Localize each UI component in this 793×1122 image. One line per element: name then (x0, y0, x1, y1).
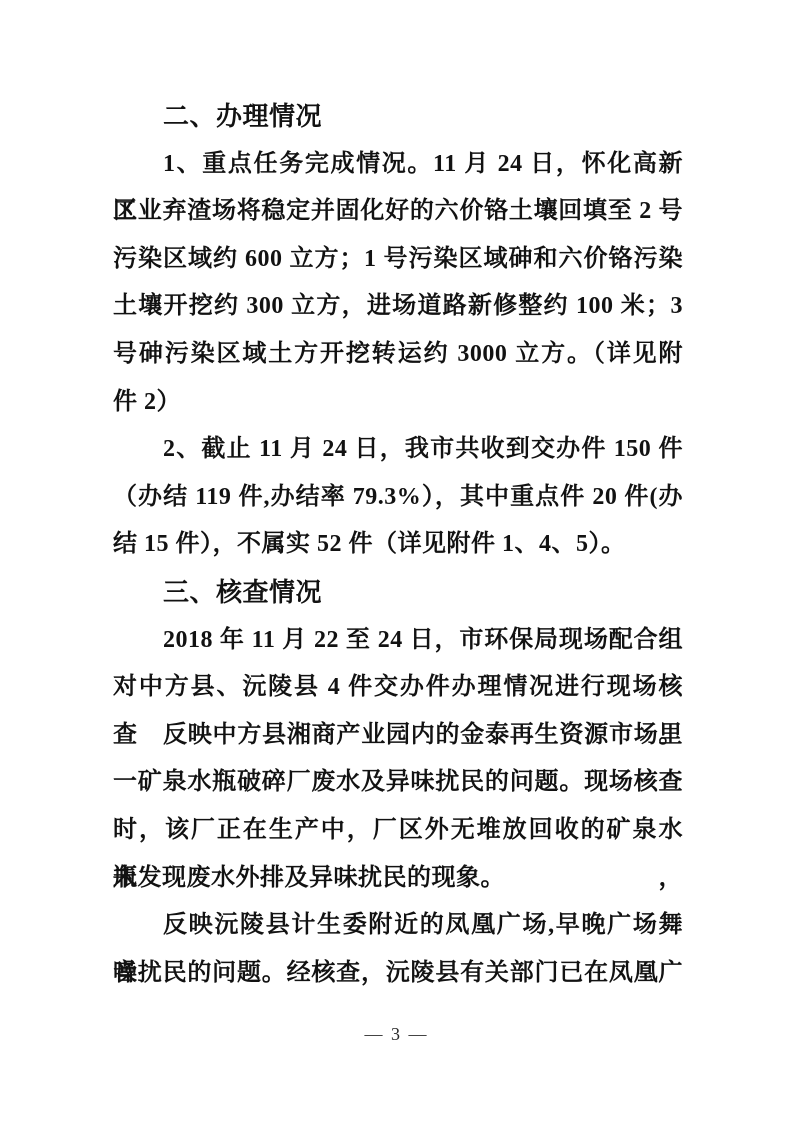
text-line: 件 2） (113, 379, 683, 427)
text-line: 1、重点任务完成情况。11 月 24 日，怀化高新区 (113, 141, 683, 189)
section-heading: 二、办理情况 (113, 93, 683, 141)
text-line: 时，该厂正在生产中，厂区外无堆放回收的矿泉水瓶， (113, 807, 683, 855)
text-line: 号砷污染区域土方开挖转运约 3000 立方。（详见附 (113, 331, 683, 379)
section-heading: 三、核查情况 (113, 569, 683, 617)
text-line: 一矿泉水瓶破碎厂废水及异味扰民的问题。现场核查 (113, 759, 683, 807)
text-line: 反映沅陵县计生委附近的凤凰广场,早晚广场舞噪 (113, 902, 683, 950)
text-line: （办结 119 件,办结率 79.3%），其中重点件 20 件(办 (113, 474, 683, 522)
text-line: 污染区域约 600 立方；1 号污染区域砷和六价铬污染 (113, 236, 683, 284)
text-line: 2018 年 11 月 22 至 24 日，市环保局现场配合组 (113, 617, 683, 665)
text-line: 音扰民的问题。经核查，沅陵县有关部门已在凤凰广 (113, 950, 683, 998)
text-line: 对中方县、沅陵县 4 件交办件办理情况进行现场核查。 (113, 664, 683, 712)
page-number: — 3 — (0, 1024, 793, 1054)
text-line: 2、截止 11 月 24 日，我市共收到交办件 150 件 (113, 426, 683, 474)
text-line: 结 15 件），不属实 52 件（详见附件 1、4、5）。 (113, 521, 683, 569)
text-line: 工业弃渣场将稳定并固化好的六价铬土壤回填至 2 号 (113, 188, 683, 236)
text-line: 反映中方县湘商产业园内的金泰再生资源市场里 (113, 712, 683, 760)
document-page: 二、办理情况1、重点任务完成情况。11 月 24 日，怀化高新区工业弃渣场将稳定… (0, 0, 793, 1122)
document-body: 二、办理情况1、重点任务完成情况。11 月 24 日，怀化高新区工业弃渣场将稳定… (113, 93, 683, 997)
text-line: 土壤开挖约 300 立方，进场道路新修整约 100 米；3 (113, 283, 683, 331)
